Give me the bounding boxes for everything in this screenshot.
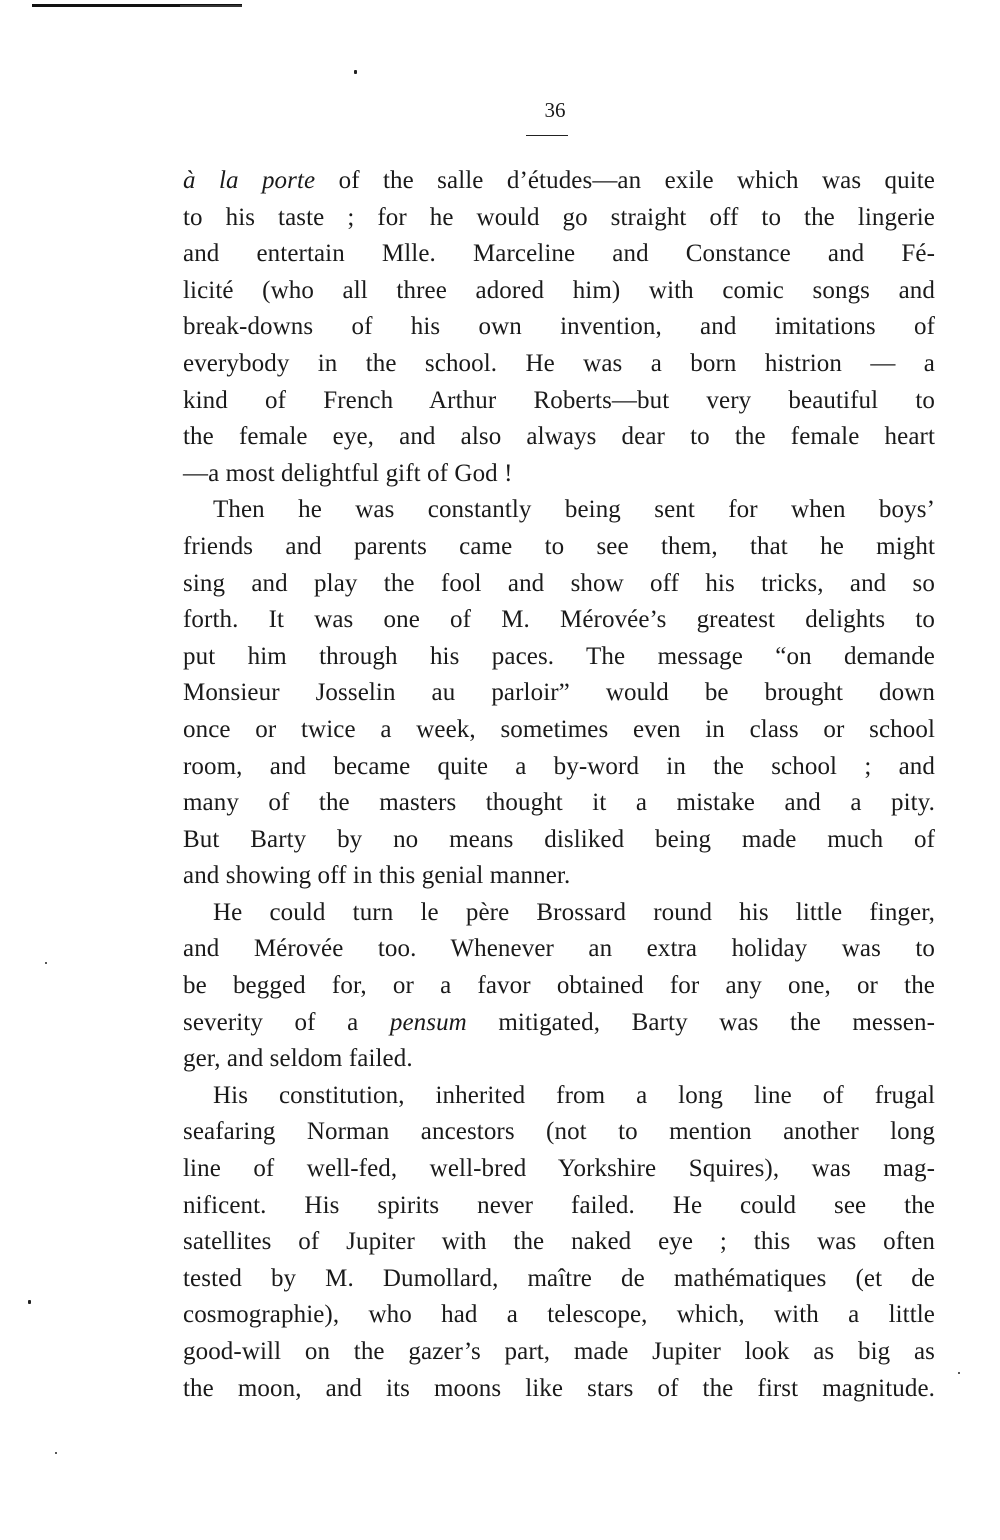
scan-edge-rule-segment: [180, 5, 242, 7]
paragraph: Then he was constantly being sent for wh…: [183, 492, 935, 895]
text-line: friends and parents came to see them, th…: [183, 529, 935, 566]
scan-speck: [45, 962, 47, 964]
text-line: kind of French Arthur Roberts—but very b…: [183, 383, 935, 420]
scan-speck: [354, 70, 357, 74]
text-line: satellites of Jupiter with the naked eye…: [183, 1224, 935, 1261]
text-line: everybody in the school. He was a born h…: [183, 346, 935, 383]
text-line: His constitution, inherited from a long …: [183, 1078, 935, 1115]
text-line: He could turn le père Brossard round his…: [183, 895, 935, 932]
text-line: But Barty by no means disliked being mad…: [183, 822, 935, 859]
paragraph: He could turn le père Brossard round his…: [183, 895, 935, 1078]
italic-phrase: à la porte: [183, 167, 315, 194]
text-line: forth. It was one of M. Mérovée’s greate…: [183, 602, 935, 639]
text-line: —a most delightful gift of God !: [183, 456, 935, 493]
paragraph: à la porte of the salle d’études—an exil…: [183, 163, 935, 492]
scan-speck: [958, 1372, 960, 1374]
text-line: sing and play the fool and show off his …: [183, 566, 935, 603]
paragraph: His constitution, inherited from a long …: [183, 1078, 935, 1407]
text-line: cosmographie), who had a telescope, whic…: [183, 1297, 935, 1334]
page-number-rule: [526, 135, 568, 136]
text-line: once or twice a week, sometimes even in …: [183, 712, 935, 749]
text-line: good-will on the gazer’s part, made Jupi…: [183, 1334, 935, 1371]
text-line: put him through his paces. The message “…: [183, 639, 935, 676]
scan-speck: [55, 1452, 57, 1454]
text-line: licité (who all three adored him) with c…: [183, 273, 935, 310]
text-line: and Mérovée too. Whenever an extra holid…: [183, 931, 935, 968]
text-line: Then he was constantly being sent for wh…: [183, 492, 935, 529]
text-line: tested by M. Dumollard, maître de mathém…: [183, 1261, 935, 1298]
text-line: to his taste ; for he would go straight …: [183, 200, 935, 237]
italic-word: pensum: [390, 1009, 467, 1036]
text-line: and showing off in this genial manner.: [183, 858, 935, 895]
text-line: line of well-fed, well-bred Yorkshire Sq…: [183, 1151, 935, 1188]
text-line: many of the masters thought it a mistake…: [183, 785, 935, 822]
scan-speck: [28, 1300, 31, 1304]
text-line: nificent. His spirits never failed. He c…: [183, 1188, 935, 1225]
text-line: the female eye, and also always dear to …: [183, 419, 935, 456]
text-line: Monsieur Josselin au parloir” would be b…: [183, 675, 935, 712]
text-line: ger, and seldom failed.: [183, 1041, 935, 1078]
text-line: à la porte of the salle d’études—an exil…: [183, 163, 935, 200]
text-line: severity of a pensum mitigated, Barty wa…: [183, 1005, 935, 1042]
text-line: and entertain Mlle. Marceline and Consta…: [183, 236, 935, 273]
text-line: room, and became quite a by-word in the …: [183, 749, 935, 786]
text-line: the moon, and its moons like stars of th…: [183, 1371, 935, 1408]
text-line: be begged for, or a favor obtained for a…: [183, 968, 935, 1005]
text-line: break-downs of his own invention, and im…: [183, 309, 935, 346]
text-line: seafaring Norman ancestors (not to menti…: [183, 1114, 935, 1151]
body-text: à la porte of the salle d’études—an exil…: [183, 163, 935, 1407]
page-number: 36: [535, 98, 575, 123]
